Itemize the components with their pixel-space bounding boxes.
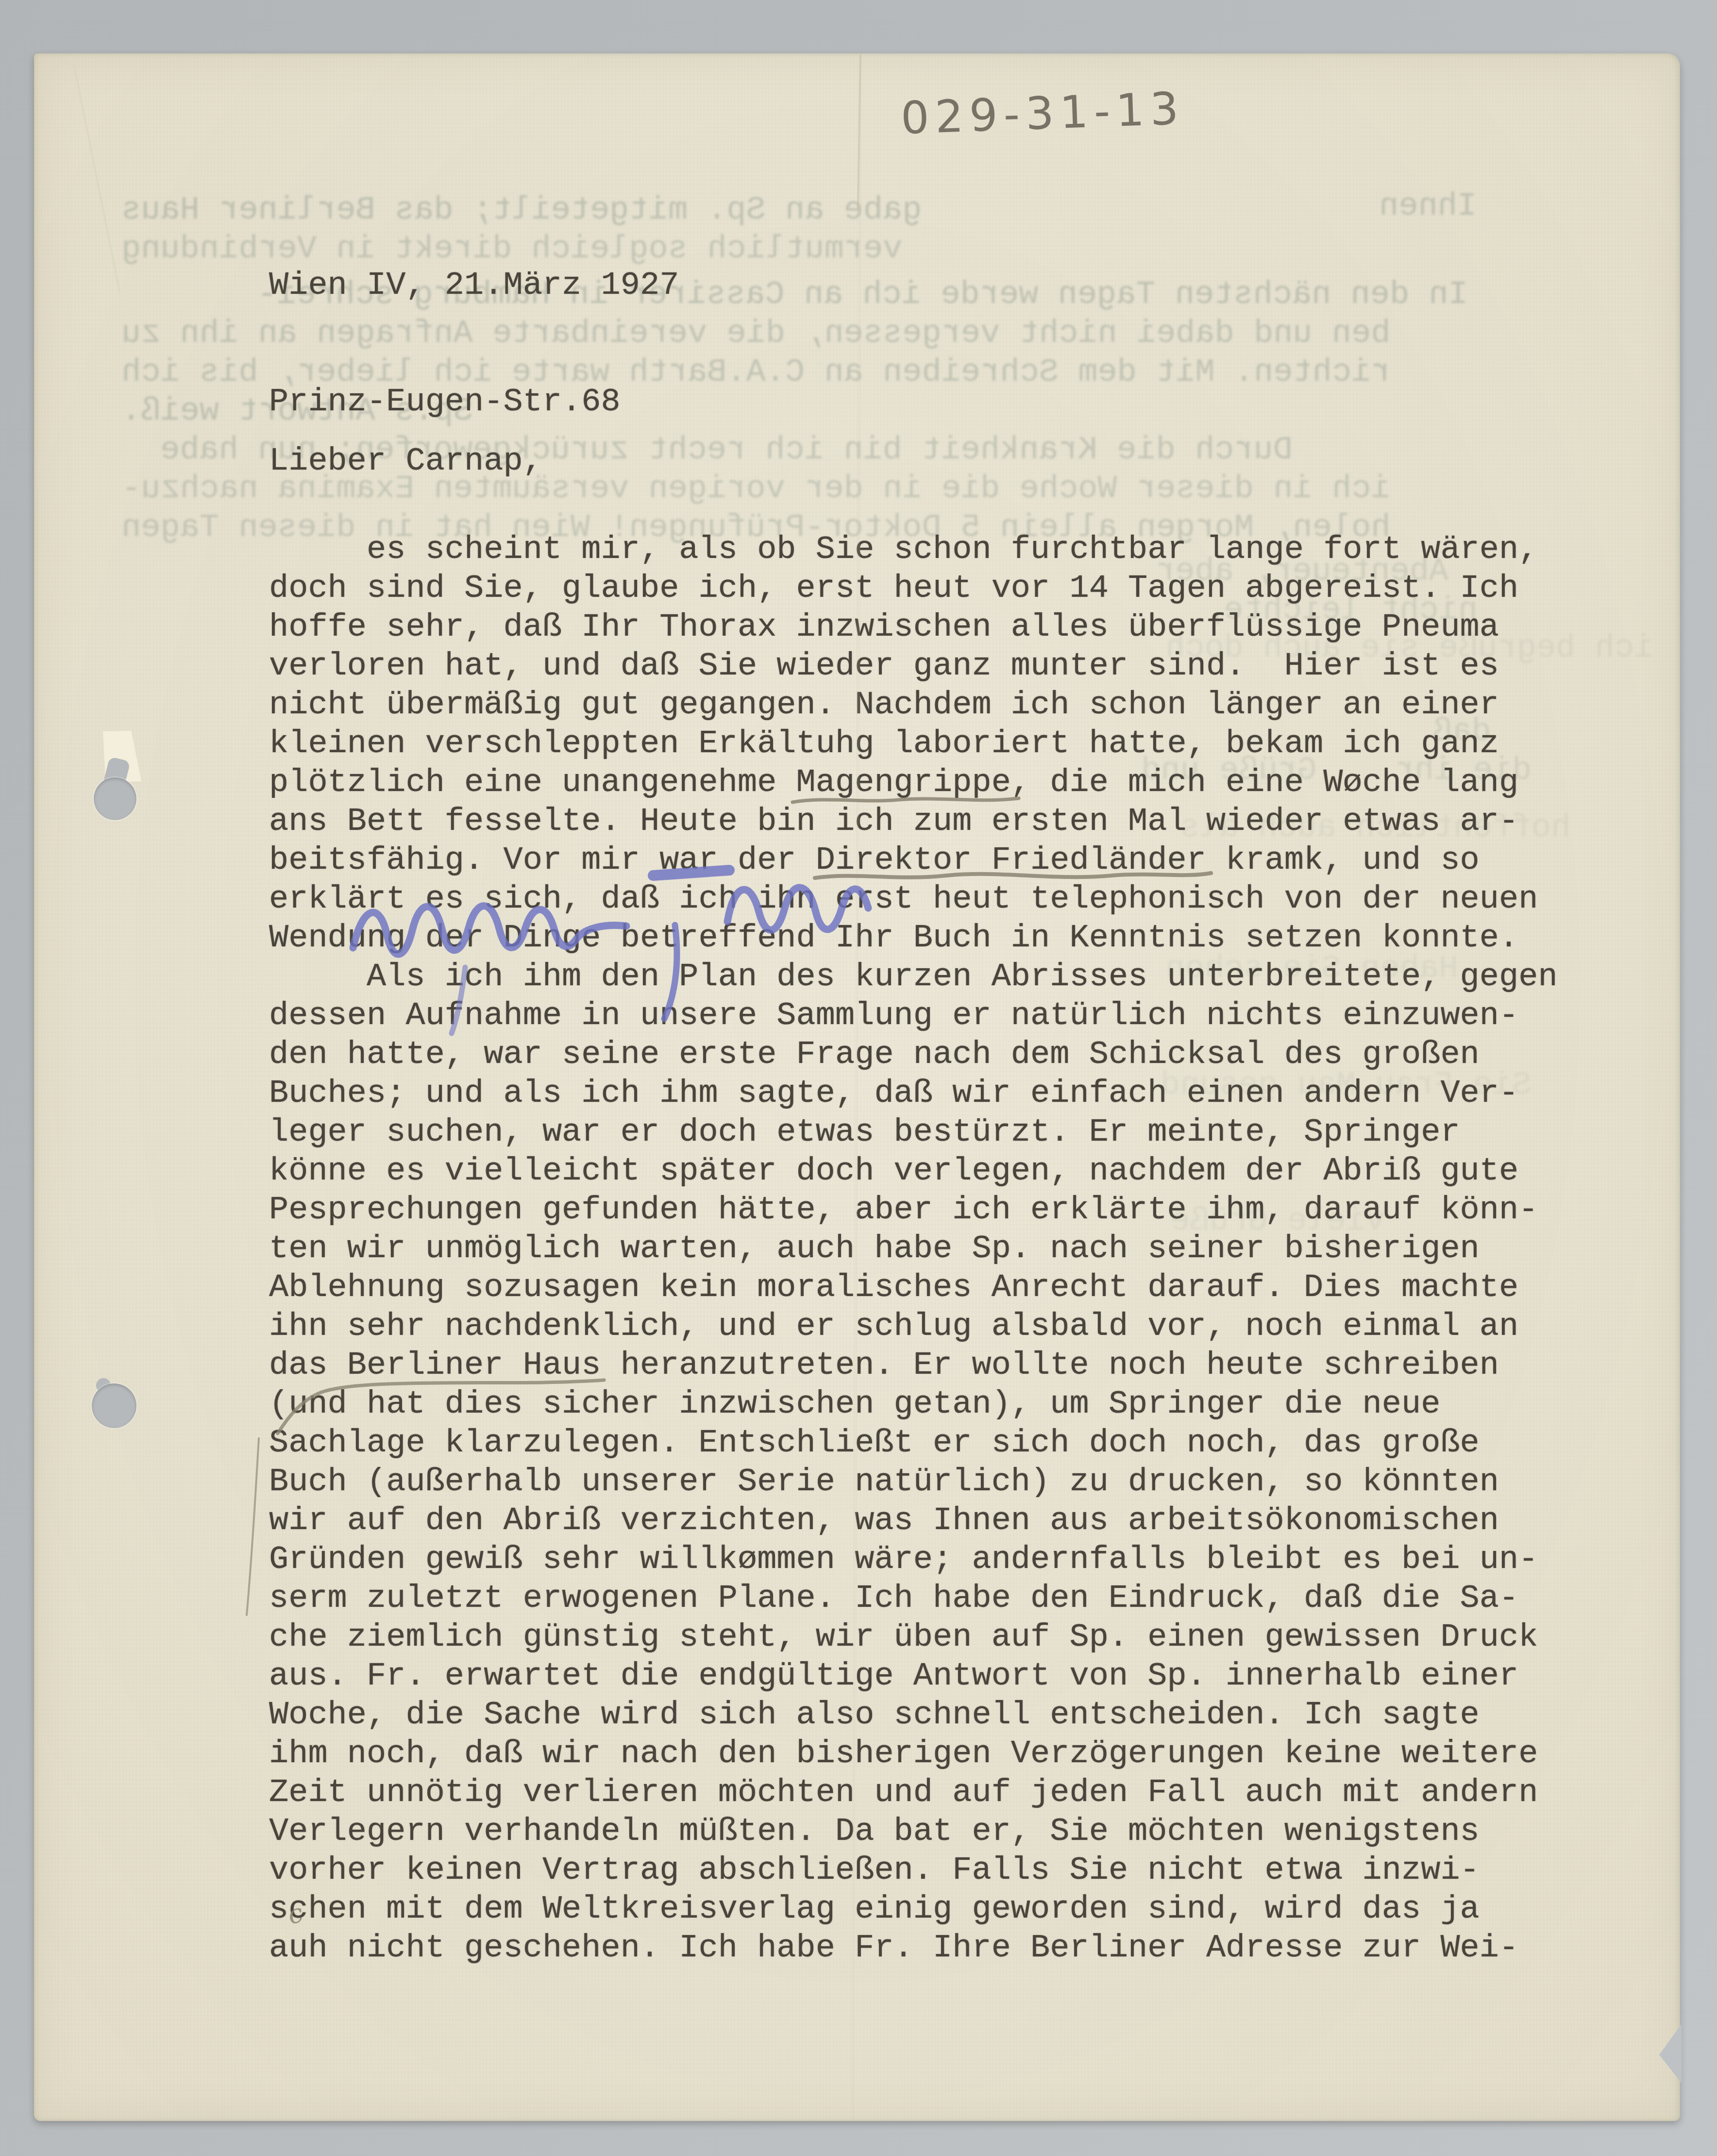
- letter-line: ihm noch, daß wir nach den bisherigen Ve…: [269, 1735, 1558, 1773]
- letter-line: Zeit unnötig verlieren möchten und auf j…: [269, 1773, 1558, 1812]
- letter-line: dessen Aufnahme in unsere Sammlung er na…: [269, 996, 1558, 1035]
- letter-line: Sachlage klarzulegen. Entschließt er sic…: [269, 1424, 1558, 1463]
- archive-number-handwritten: 029-31-13: [900, 83, 1185, 144]
- letter-line: che ziemlich günstig steht, wir üben auf…: [269, 1618, 1558, 1657]
- letter-line: erklärt es sich, daß ich ihn erst heut t…: [269, 880, 1558, 919]
- letter-line: Als ich ihm den Plan des kurzen Abrisses…: [269, 958, 1558, 996]
- letter-line: Ablehnung sozusagen kein moralisches Anr…: [269, 1268, 1558, 1307]
- letter-line: den hatte, war seine erste Frage nach de…: [269, 1035, 1558, 1074]
- letter-line: Verlegern verhandeln müßten. Da bat er, …: [269, 1812, 1558, 1851]
- letter-body: es scheint mir, als ob Sie schon furchtb…: [269, 530, 1558, 1968]
- letter-line: hoffe sehr, daß Ihr Thorax inzwischen al…: [269, 608, 1558, 647]
- letter-line: Woche, die Sache wird sich also schnell …: [269, 1696, 1558, 1735]
- place-date-line: Wien IV, 21.März 1927: [269, 266, 679, 305]
- letter-line: aus. Fr. erwartet die endgültige Antwort…: [269, 1657, 1558, 1696]
- punch-hole-bottom: [92, 1383, 136, 1428]
- scanned-letter-canvas: gabe an Sp. mitgeteilt; das Berliner Hau…: [0, 0, 1717, 2156]
- letter-line: Pesprechungen gefunden hätte, aber ich e…: [269, 1191, 1558, 1230]
- letter-line: Gründen gewiß sehr willkømmen wäre; ande…: [269, 1540, 1558, 1579]
- letter-line: nicht übermäßig gut gegangen. Nachdem ic…: [269, 686, 1558, 724]
- letter-line: kleinen verschleppten Erkältuhg laborier…: [269, 724, 1558, 763]
- punch-hole-top: [94, 777, 136, 820]
- letter-line: könne es vielleicht später doch verlegen…: [269, 1152, 1558, 1191]
- letter-line: ihn sehr nachdenklich, und er schlug als…: [269, 1307, 1558, 1346]
- letter-page: gabe an Sp. mitgeteilt; das Berliner Hau…: [34, 53, 1680, 2121]
- letter-line: ten wir unmöglich warten, auch habe Sp. …: [269, 1230, 1558, 1268]
- letter-line: Wendung der Dinge betreffend Ihr Buch in…: [269, 919, 1558, 958]
- letter-line: wir auf den Abriß verzichten, was Ihnen …: [269, 1501, 1558, 1540]
- address-line: Prinz-Eugen-Str.68: [269, 383, 679, 421]
- letter-line: plötzlich eine unangenehme Magengrippe, …: [269, 763, 1558, 802]
- letter-line: auh nicht geschehen. Ich habe Fr. Ihre B…: [269, 1929, 1558, 1968]
- letter-line: beitsfähig. Vor mir war der Direktor Fri…: [269, 841, 1558, 880]
- letter-line: schen mit dem Weltkreisverlag einig gewo…: [269, 1890, 1558, 1929]
- letter-line: serm zuletzt erwogenen Plane. Ich habe d…: [269, 1579, 1558, 1618]
- letter-line: verloren hat, und daß Sie wieder ganz mu…: [269, 647, 1558, 686]
- letter-line: ans Bett fesselte. Heute bin ich zum ers…: [269, 802, 1558, 841]
- letter-line: leger suchen, war er doch etwas bestürzt…: [269, 1113, 1558, 1152]
- letter-line: Buches; und als ich ihm sagte, daß wir e…: [269, 1074, 1558, 1113]
- letter-line: das Berliner Haus heranzutreten. Er woll…: [269, 1346, 1558, 1385]
- letter-line: doch sind Sie, glaube ich, erst heut vor…: [269, 569, 1558, 608]
- dogear-notch: [1659, 2024, 1682, 2083]
- salutation: Lieber Carnap,: [269, 442, 542, 481]
- letter-line: Buch (außerhalb unserer Serie natürlich)…: [269, 1463, 1558, 1501]
- letter-line: vorher keinen Vertrag abschließen. Falls…: [269, 1851, 1558, 1890]
- letter-line: (und hat dies sicher inzwischen getan), …: [269, 1385, 1558, 1424]
- letter-line: es scheint mir, als ob Sie schon furchtb…: [269, 530, 1558, 569]
- bleedthrough-line: Ihnen: [1379, 189, 1477, 223]
